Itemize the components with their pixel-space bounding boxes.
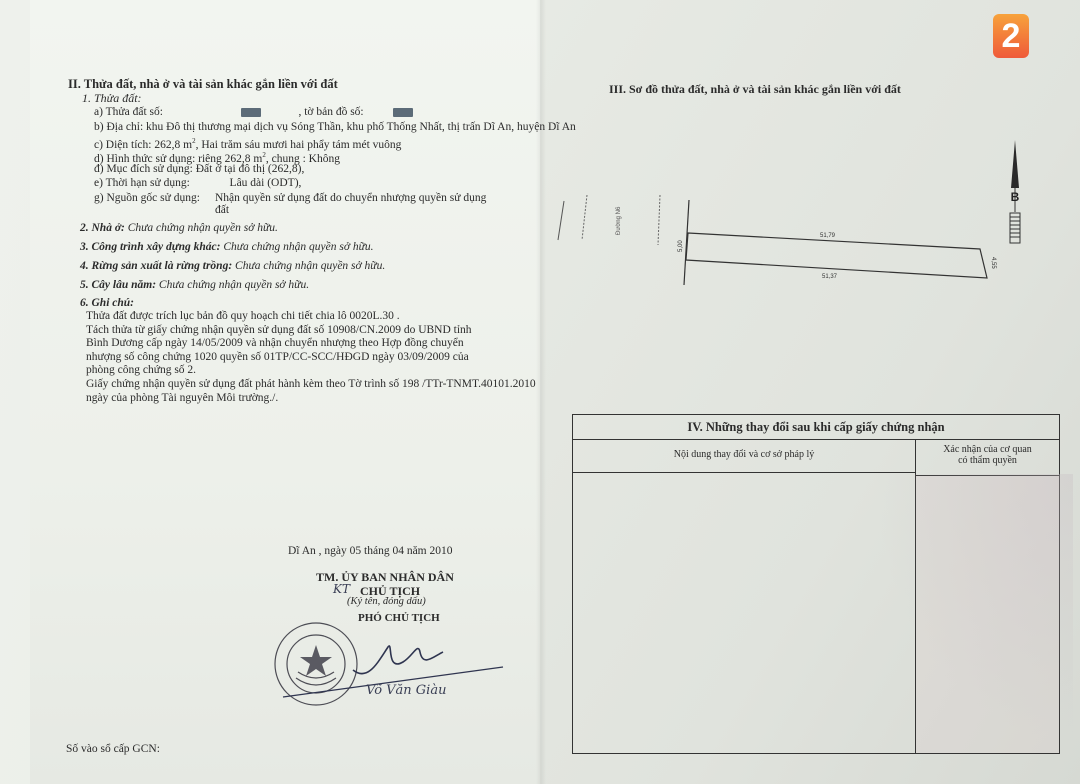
dim-bottom: 51,37 [822, 274, 838, 280]
redacted-map-sheet [393, 108, 413, 117]
origin-value-1: Nhận quyền sử dụng đất do chuyển nhượng … [215, 192, 486, 205]
dim-top: 51,79 [820, 233, 836, 239]
note-line: Giấy chứng nhận quyền sử dụng đất phát h… [86, 378, 536, 392]
item-forest: 4. Rừng sản xuất là rừng trồng: Chưa chứ… [80, 260, 385, 273]
scan-shadow [873, 474, 1073, 744]
parcel-number-row: a) Thửa đất số: , tờ bản đồ số: [94, 106, 417, 119]
parcel-subtitle: 1. Thửa đất: [82, 91, 142, 106]
note-line: ngày của phòng Tài nguyên Môi trường./. [86, 392, 536, 406]
section-ii-title: II. Thửa đất, nhà ở và tài sản khác gắn … [68, 77, 338, 92]
dim-front: 5,00 [678, 240, 684, 252]
sign-note: (Ký tên, đóng dấu) [347, 596, 426, 607]
seal-and-signature [268, 612, 518, 722]
notes-title: 6. Ghi chú: [80, 297, 134, 310]
note-line: Tách thửa từ giấy chứng nhận quyền sử dụ… [86, 324, 536, 338]
note-line: phòng công chứng số 2. [86, 364, 536, 378]
page-number-badge: 2 [993, 14, 1029, 58]
section-iii-title: III. Sơ đồ thửa đất, nhà ở và tài sản kh… [609, 82, 901, 97]
map-sheet-label: , tờ bản đồ số: [298, 106, 363, 118]
svg-text:B: B [1011, 190, 1020, 204]
authority-column-header: Xác nhận của cơ quan có thẩm quyền [916, 440, 1059, 476]
kt-handwritten: KT [333, 582, 350, 596]
item-house: 2. Nhà ở: Chưa chứng nhận quyền sở hữu. [80, 222, 278, 235]
parcel-diagram: Đường N6 5,00 51,79 51,37 4,55 [550, 135, 1050, 310]
dim-back: 4,55 [990, 257, 996, 269]
changes-table: IV. Những thay đổi sau khi cấp giấy chứn… [572, 414, 1060, 754]
term-value: Lâu dài (ODT), [230, 177, 302, 189]
usage-term-row: e) Thời hạn sử dụng: Lâu dài (ODT), [94, 177, 301, 190]
origin-value-2: đất [215, 204, 229, 217]
redacted-parcel-number [241, 108, 261, 117]
registry-label: Số vào sổ cấp GCN: [66, 743, 160, 755]
parcel-number-label: a) Thửa đất số: [94, 106, 163, 118]
road-label: Đường N6 [616, 206, 622, 235]
address: b) Địa chỉ: khu Đô thị thương mại dịch v… [94, 121, 576, 134]
origin-label: g) Nguồn gốc sử dụng: [94, 192, 200, 205]
page-fold [536, 0, 546, 784]
signature-scribble [353, 646, 443, 674]
signing-date: Dĩ An , ngày 05 tháng 04 năm 2010 [288, 545, 453, 557]
changes-column-header: Nội dung thay đổi và cơ sở pháp lý [573, 440, 915, 473]
note-line: nhượng số công chứng 1020 quyền số 01TP/… [86, 351, 536, 365]
note-line: Bình Dương cấp ngày 14/05/2009 và nhận c… [86, 337, 536, 351]
item-other-construction: 3. Công trình xây dựng khác: Chưa chứng … [80, 241, 374, 254]
note-line: Thửa đất được trích lục bản đồ quy hoạch… [86, 310, 536, 324]
term-label: e) Thời hạn sử dụng: [94, 177, 190, 189]
north-arrow-icon: B [1002, 138, 1028, 250]
changes-column: Nội dung thay đổi và cơ sở pháp lý [573, 440, 916, 753]
notes-body: Thửa đất được trích lục bản đồ quy hoạch… [86, 310, 536, 405]
section-iv-title: IV. Những thay đổi sau khi cấp giấy chứn… [573, 415, 1059, 440]
usage-purpose: đ) Mục đích sử dụng: Đất ở tại đô thị (2… [94, 163, 304, 176]
signer-name: Võ Văn Giàu [366, 683, 446, 698]
item-perennial: 5. Cây lâu năm: Chưa chứng nhận quyền sở… [80, 279, 309, 292]
